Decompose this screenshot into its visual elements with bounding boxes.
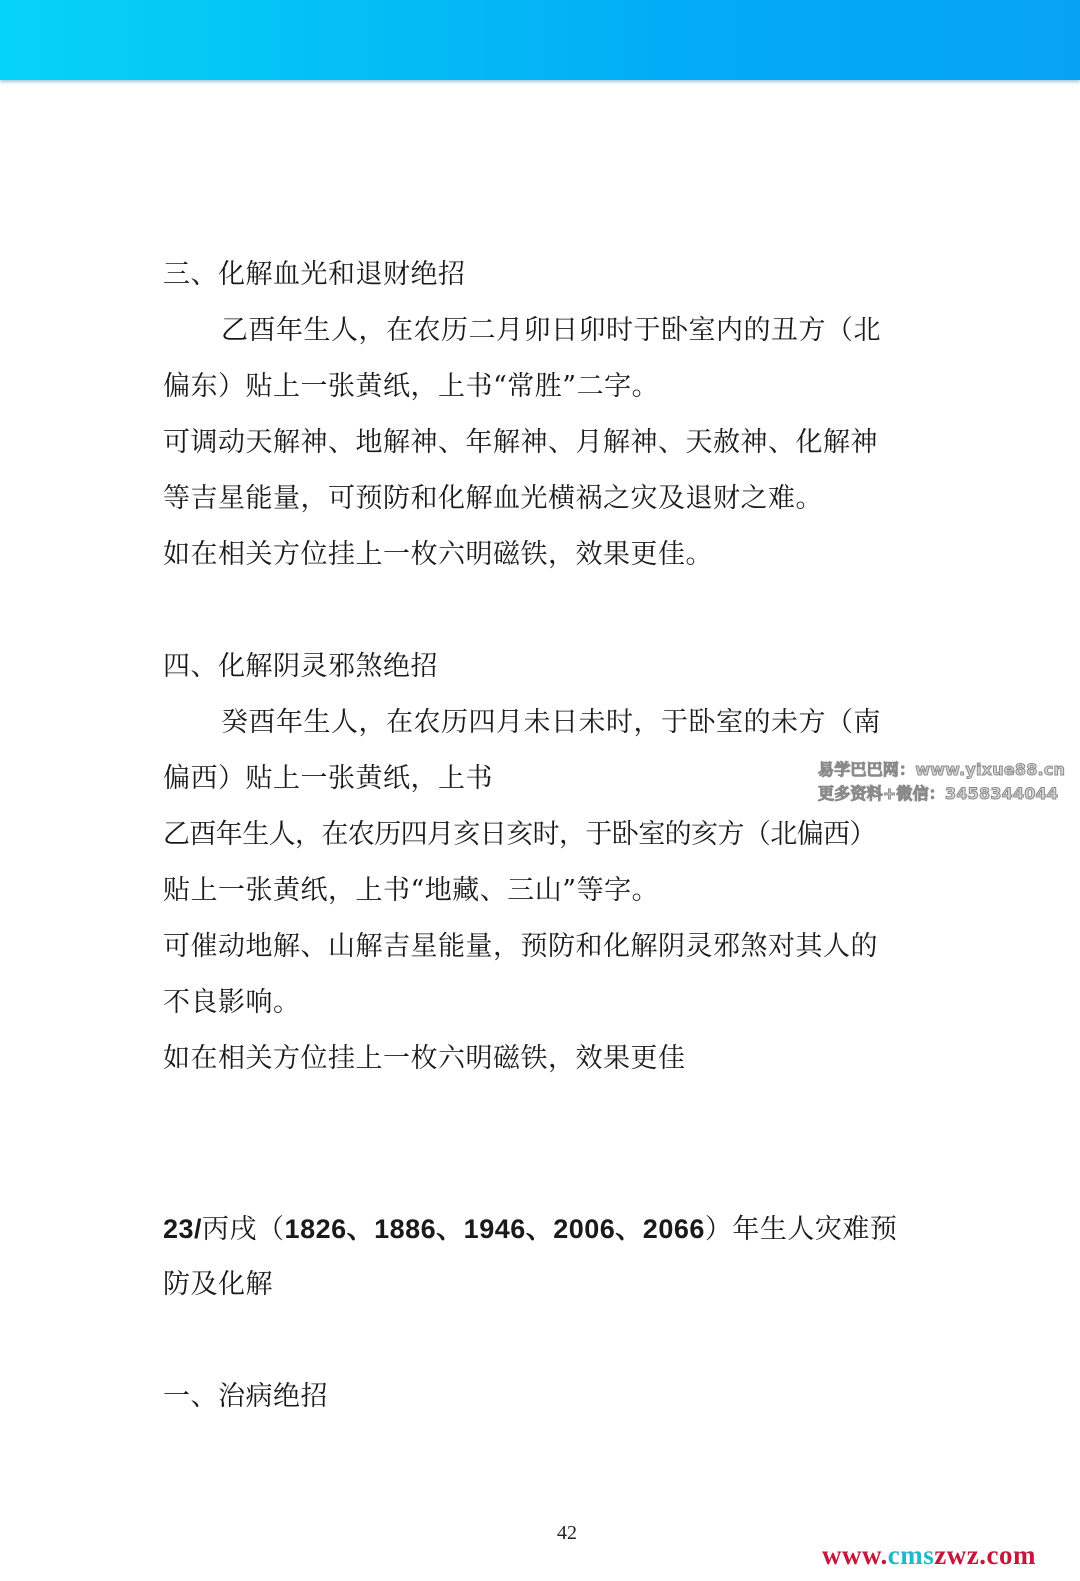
chapter-number: 23/ bbox=[163, 1214, 202, 1244]
watermark-line-2: 更多资料+微信：3458344044 bbox=[818, 782, 1065, 806]
site-watermark-part3: zwz.com bbox=[934, 1540, 1036, 1570]
paragraph-line: 可催动地解、山解吉星能量，预防和化解阴灵邪煞对其人的 bbox=[163, 930, 878, 964]
paragraph-line: 偏东）贴上一张黄纸，上书“常胜”二字。 bbox=[163, 370, 659, 404]
chapter-open-paren: （ bbox=[257, 1214, 285, 1245]
watermark-text: 易学巴巴网：www.yixue88.cn 更多资料+微信：3458344044 bbox=[818, 758, 1065, 806]
paragraph-line: 不良影响。 bbox=[163, 986, 301, 1020]
paragraph-line: 乙酉年生人，在农历四月亥日亥时，于卧室的亥方（北偏西） bbox=[163, 818, 876, 852]
section-heading-3: 三、化解血光和退财绝招 bbox=[163, 258, 466, 292]
chapter-close-paren: ） bbox=[705, 1214, 733, 1245]
site-watermark-part1: www. bbox=[822, 1540, 888, 1570]
chapter-stem: 丙戌 bbox=[202, 1214, 257, 1245]
chapter-years: 1826、1886、1946、2006、2066 bbox=[285, 1214, 705, 1244]
paragraph-line: 贴上一张黄纸，上书“地藏、三山”等字。 bbox=[163, 874, 659, 908]
paragraph-line: 如在相关方位挂上一枚六明磁铁，效果更佳。 bbox=[163, 538, 713, 572]
paragraph-line: 癸酉年生人，在农历四月未日未时，于卧室的未方（南 bbox=[221, 706, 881, 740]
section-heading-4: 四、化解阴灵邪煞绝招 bbox=[163, 650, 438, 684]
page-number: 42 bbox=[557, 1522, 577, 1545]
subsection-heading-1: 一、治病绝招 bbox=[163, 1380, 328, 1414]
paragraph-line: 可调动天解神、地解神、年解神、月解神、天赦神、化解神 bbox=[163, 426, 878, 460]
site-watermark-part2: cms bbox=[888, 1540, 934, 1570]
paragraph-line: 如在相关方位挂上一枚六明磁铁，效果更佳 bbox=[163, 1042, 686, 1076]
paragraph-line: 偏西）贴上一张黄纸，上书 bbox=[163, 762, 493, 796]
chapter-title-rest: 年生人灾难预 bbox=[732, 1214, 897, 1245]
header-band bbox=[0, 0, 1080, 80]
paragraph-line: 等吉星能量，可预防和化解血光横祸之灾及退财之难。 bbox=[163, 482, 823, 516]
chapter-title: 23/丙戌（1826、1886、1946、2006、2066）年生人灾难预 bbox=[163, 1212, 897, 1247]
paragraph-line: 乙酉年生人，在农历二月卯日卯时于卧室内的丑方（北 bbox=[221, 314, 881, 348]
chapter-title-line2: 防及化解 bbox=[163, 1268, 273, 1302]
site-watermark: www.cmszwz.com bbox=[822, 1540, 1036, 1571]
watermark-line-1: 易学巴巴网：www.yixue88.cn bbox=[818, 758, 1065, 782]
